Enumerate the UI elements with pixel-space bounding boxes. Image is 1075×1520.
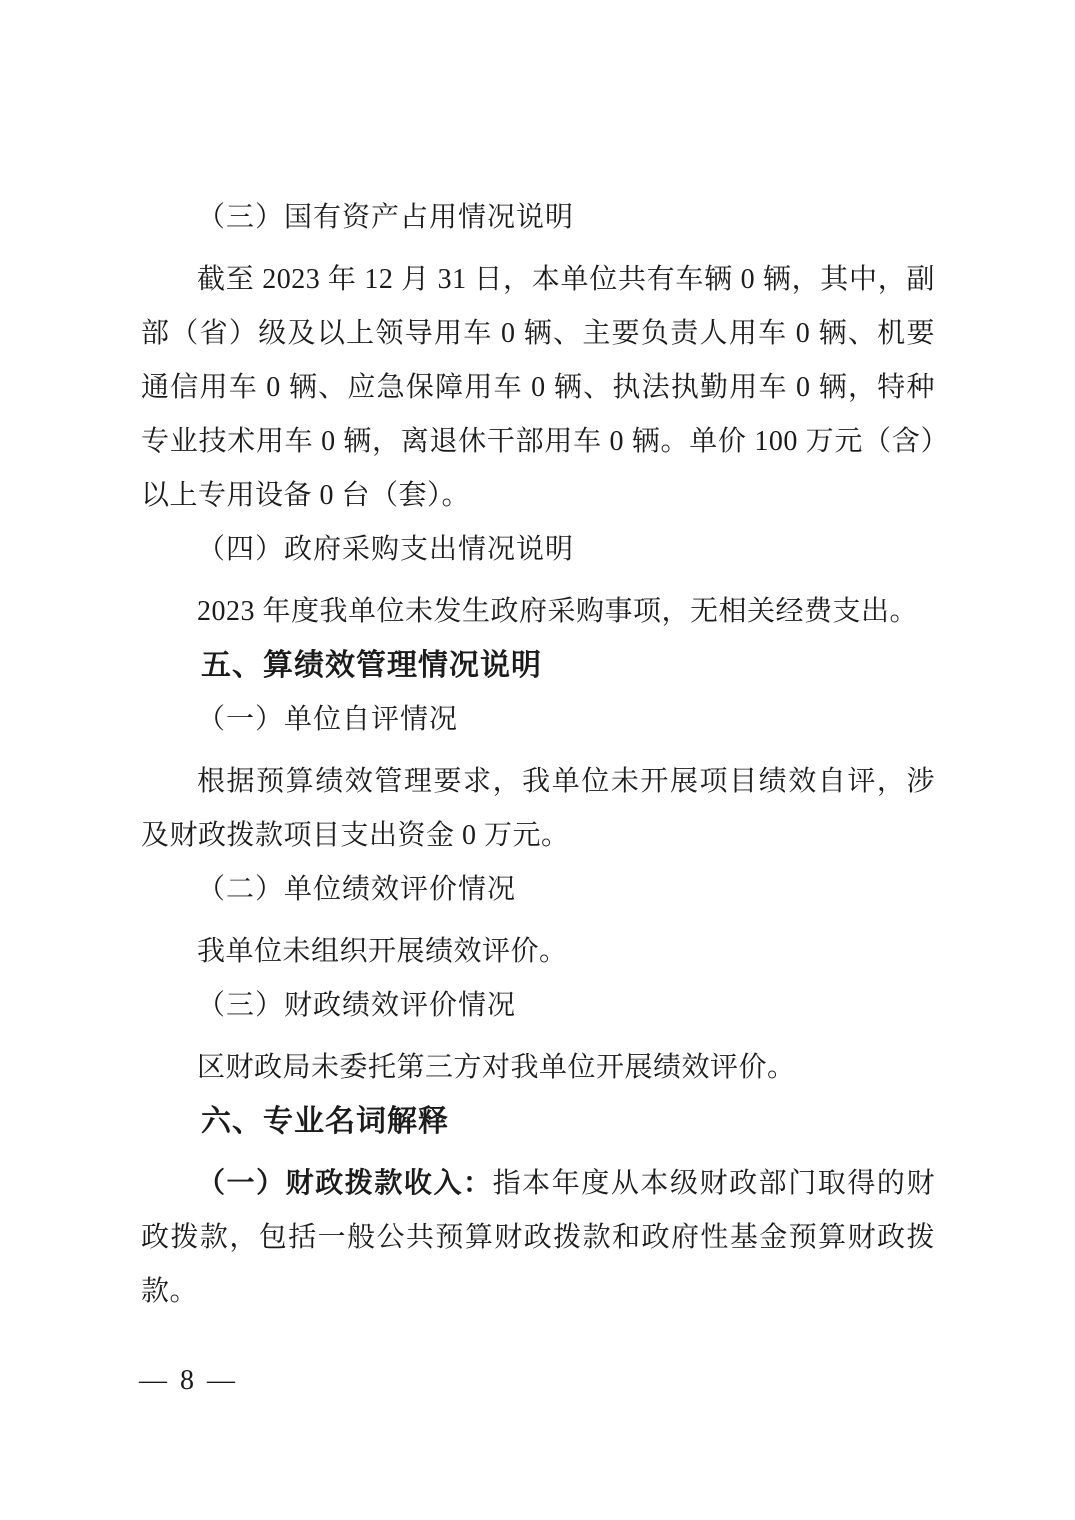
heading-finance-performance-evaluation: （三）财政绩效评价情况 (141, 979, 935, 1033)
heading-terminology: 六、专业名词解释 (141, 1095, 935, 1149)
heading-performance-management: 五、算绩效管理情况说明 (141, 639, 935, 693)
heading-gov-procurement: （四）政府采购支出情况说明 (141, 523, 935, 577)
heading-state-assets-usage: （三）国有资产占用情况说明 (141, 191, 935, 245)
document-body: （三）国有资产占用情况说明 截至 2023 年 12 月 31 日，本单位共有车… (0, 0, 1075, 1319)
term-lead: （一）财政拨款收入： (197, 1168, 493, 1199)
paragraph-unit-performance-evaluation: 我单位未组织开展绩效评价。 (141, 925, 935, 979)
page-number: — 8 — (139, 1364, 238, 1398)
paragraph-vehicle-assets: 截至 2023 年 12 月 31 日，本单位共有车辆 0 辆，其中，副部（省）… (141, 253, 935, 523)
heading-unit-performance-evaluation: （二）单位绩效评价情况 (141, 863, 935, 917)
paragraph-gov-procurement: 2023 年度我单位未发生政府采购事项，无相关经费支出。 (141, 585, 935, 639)
paragraph-finance-performance-evaluation: 区财政局未委托第三方对我单位开展绩效评价。 (141, 1041, 935, 1095)
document-page: （三）国有资产占用情况说明 截至 2023 年 12 月 31 日，本单位共有车… (0, 0, 1075, 1520)
paragraph-self-evaluation: 根据预算绩效管理要求，我单位未开展项目绩效自评，涉及财政拨款项目支出资金 0 万… (141, 755, 935, 863)
heading-self-evaluation: （一）单位自评情况 (141, 693, 935, 747)
paragraph-fiscal-appropriation-definition: （一）财政拨款收入：指本年度从本级财政部门取得的财政拨款，包括一般公共预算财政拨… (141, 1157, 935, 1319)
